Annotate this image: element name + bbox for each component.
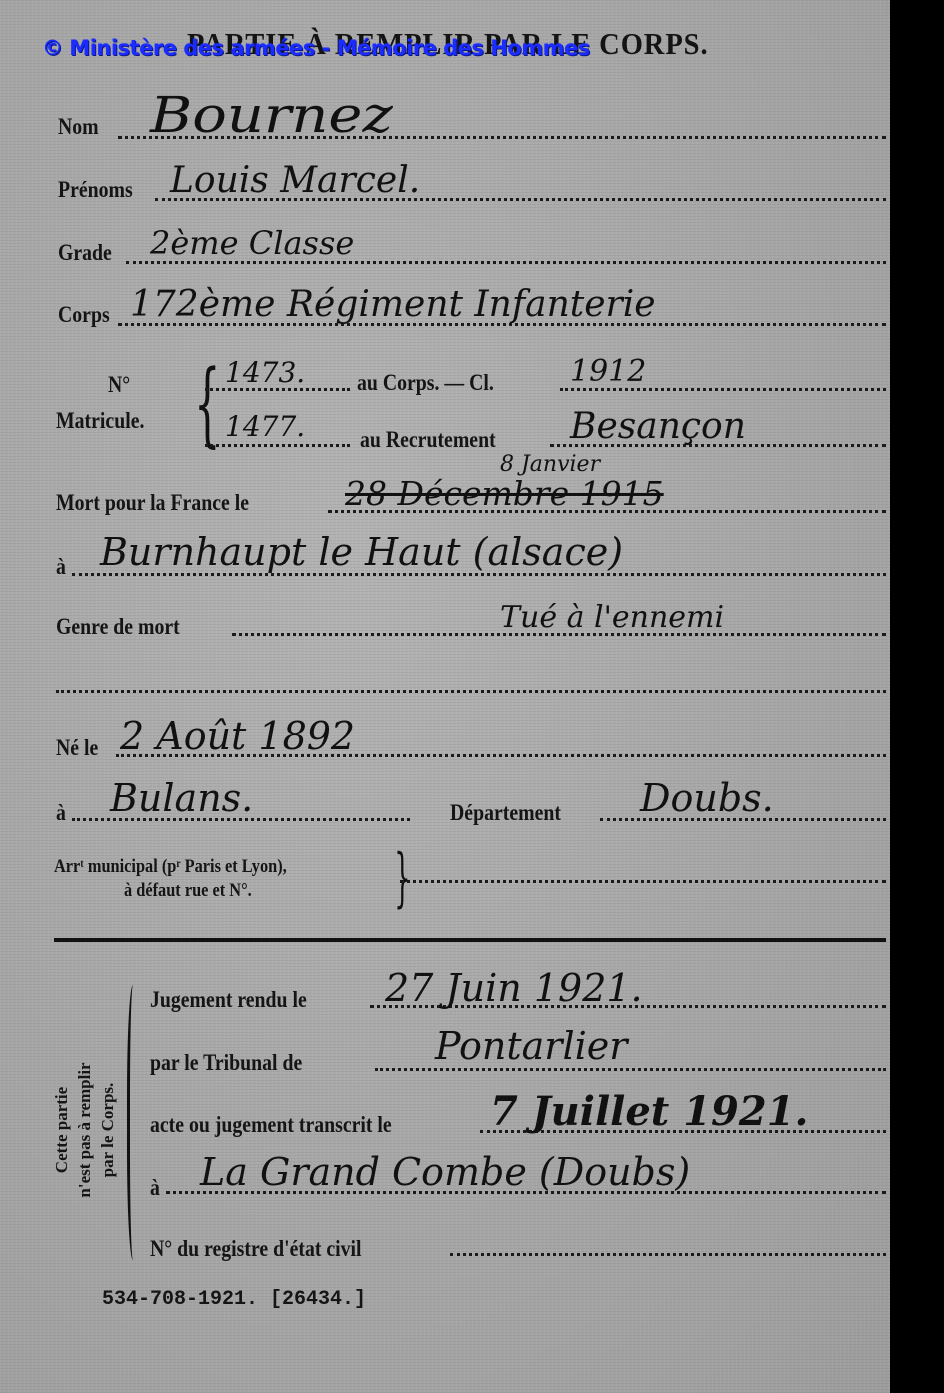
record-card: PARTIE À REMPLIR PAR LE CORPS. © Ministè… [0,0,890,1393]
ne-le-label: Né le [56,735,98,761]
form-reference: 534-708-1921. [26434.] [102,1288,366,1311]
jugement-value: 27 Juin 1921. [385,966,643,1010]
lieu-transcription-value: La Grand Combe (Doubs) [200,1150,690,1194]
copyright-watermark: © Ministère des armées - Mémoire des Hom… [42,36,590,60]
ne-le-value: 2 Août 1892 [120,714,355,758]
lieu-naissance-value: Bulans. [110,776,253,820]
grade-label: Grade [58,240,112,266]
lieu-mort-label: à [56,554,66,580]
departement-value: Doubs. [640,776,774,820]
grade-value: 2ème Classe [150,224,354,262]
genre-mort-label: Genre de mort [56,614,180,640]
arrondissement-brace: } [394,846,410,910]
matricule-brace: { [194,358,220,450]
mort-label: Mort pour la France le [56,490,249,516]
classe-value: 1912 [570,354,646,389]
blank-line [56,690,886,693]
nom-label: Nom [58,114,99,140]
side-note-line2: n'est pas à remplir [73,1030,96,1230]
tribunal-label: par le Tribunal de [150,1050,302,1076]
lieu-naissance-label: à [56,800,66,826]
matricule-label-top: N° [108,372,130,398]
matricule-label-bottom: Matricule. [56,408,144,434]
corps-value: 172ème Régiment Infanterie [130,284,656,325]
recrutement-place-value: Besançon [570,406,746,447]
registre-label: N° du registre d'état civil [150,1236,362,1262]
recrutement-number-line [205,444,350,447]
transcrit-label: acte ou jugement transcrit le [150,1112,392,1138]
recrutement-label: au Recrutement [360,427,496,453]
corps-number-label: au Corps. — Cl. [357,370,494,396]
transcrit-value: 7 Juillet 1921. [490,1088,808,1135]
side-note-line1: Cette partie [50,1030,73,1230]
mort-correction: 8 Janvier [500,452,600,477]
section-divider [54,938,886,942]
side-note: Cette partie n'est pas à remplir par le … [50,1030,130,1230]
arrondissement-label-line1: Arrᵗ municipal (pʳ Paris et Lyon), [54,856,287,878]
corps-number-value: 1473. [225,356,305,389]
mort-value-crossed: 28 Décembre 1915 [345,474,664,513]
genre-mort-value: Tué à l'ennemi [500,600,724,635]
lieu-transcription-label: à [150,1175,160,1201]
side-note-line3: par le Corps. [96,1030,119,1230]
tribunal-value: Pontarlier [435,1024,627,1068]
prenoms-value: Louis Marcel. [170,160,420,201]
jugement-label: Jugement rendu le [150,987,307,1013]
arrondissement-label-line2: à défaut rue et N°. [124,880,252,902]
registre-line [450,1253,886,1256]
lieu-mort-value: Burnhaupt le Haut (alsace) [100,530,623,574]
prenoms-label: Prénoms [58,177,133,203]
arrondissement-line [400,880,886,883]
tribunal-line [375,1068,886,1071]
corps-label: Corps [58,302,110,328]
departement-label: Département [450,800,561,826]
nom-value: Bournez [150,86,393,144]
recrutement-number-value: 1477. [225,410,305,443]
